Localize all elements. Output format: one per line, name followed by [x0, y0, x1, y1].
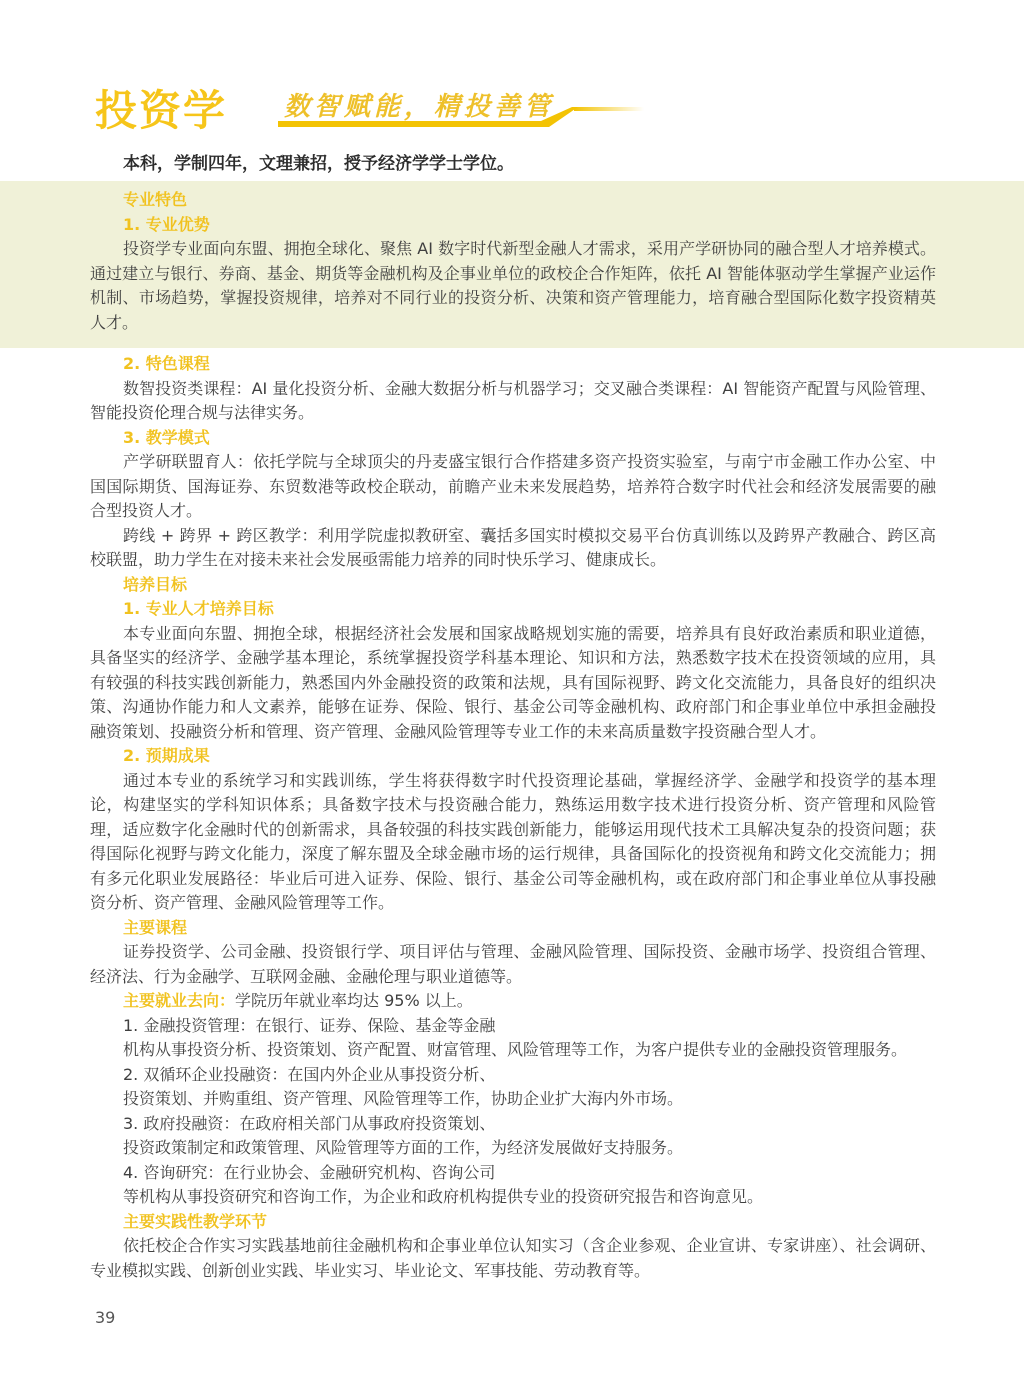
- paragraph-advantage: 投资学专业面向东盟、拥抱全球化、聚焦 AI 数字时代新型金融人才需求，采用产学研…: [90, 237, 936, 335]
- employment-line: 等机构从事投资研究和咨询工作，为企业和政府机构提供专业的投资研究报告和咨询意见。: [90, 1185, 936, 1210]
- page-number: 39: [95, 1308, 115, 1327]
- employment-heading: 主要就业去向：: [123, 991, 235, 1010]
- employment-line: 4. 咨询研究：在行业协会、金融研究机构、咨询公司: [90, 1161, 936, 1186]
- employment-rate: 学院历年就业率均达 95% 以上。: [235, 991, 473, 1010]
- highlighted-section: 专业特色 1. 专业优势 投资学专业面向东盟、拥抱全球化、聚焦 AI 数字时代新…: [0, 181, 1024, 348]
- employment-line: 1. 金融投资管理：在银行、证券、保险、基金等金融: [90, 1014, 936, 1039]
- main-content: 2. 特色课程 数智投资类课程：AI 量化投资分析、金融大数据分析与机器学习；交…: [0, 348, 1024, 1283]
- section-heading-features: 专业特色: [90, 188, 936, 213]
- section-heading-practice: 主要实践性教学环节: [90, 1210, 936, 1235]
- paragraph-expected-outcome: 通过本专业的系统学习和实践训练，学生将获得数字时代投资理论基础，掌握经济学、金融…: [90, 769, 936, 916]
- employment-heading-line: 主要就业去向：学院历年就业率均达 95% 以上。: [90, 989, 936, 1014]
- employment-line: 3. 政府投融资：在政府相关部门从事政府投资策划、: [90, 1112, 936, 1137]
- section-heading-goals: 培养目标: [90, 573, 936, 598]
- subheading-expected-outcome: 2. 预期成果: [90, 744, 936, 769]
- employment-line: 2. 双循环企业投融资：在国内外企业从事投资分析、: [90, 1063, 936, 1088]
- employment-line: 机构从事投资分析、投资策划、资产配置、财富管理、风险管理等工作，为客户提供专业的…: [90, 1038, 936, 1063]
- subheading-talent-goal: 1. 专业人才培养目标: [90, 597, 936, 622]
- brochure-page: 投资学 数智赋能，精投善管 本科，学制四年，文理兼招，授予经济学学士学位。 专业…: [0, 0, 1024, 1398]
- subheading-advantage: 1. 专业优势: [90, 213, 936, 238]
- section-heading-main-courses: 主要课程: [90, 916, 936, 941]
- subheading-teaching-mode: 3. 教学模式: [90, 426, 936, 451]
- employment-line: 投资策划、并购重组、资产管理、风险管理等工作，协助企业扩大海内外市场。: [90, 1087, 936, 1112]
- degree-intro-line: 本科，学制四年，文理兼招，授予经济学学士学位。: [123, 149, 514, 174]
- paragraph-talent-goal: 本专业面向东盟、拥抱全球，根据经济社会发展和国家战略规划实施的需要，培养具有良好…: [90, 622, 936, 745]
- paragraph-teaching-mode-2: 跨线 + 跨界 + 跨区教学：利用学院虚拟教研室、囊括多国实时模拟交易平台仿真训…: [90, 524, 936, 573]
- paragraph-featured-courses: 数智投资类课程：AI 量化投资分析、金融大数据分析与机器学习；交叉融合类课程：A…: [90, 377, 936, 426]
- subheading-featured-courses: 2. 特色课程: [90, 352, 936, 377]
- paragraph-main-courses: 证券投资学、公司金融、投资银行学、项目评估与管理、金融风险管理、国际投资、金融市…: [90, 940, 936, 989]
- swoosh-underline: [278, 106, 644, 132]
- paragraph-teaching-mode-1: 产学研联盟育人：依托学院与全球顶尖的丹麦盛宝银行合作搭建多资产投资实验室，与南宁…: [90, 450, 936, 524]
- paragraph-practice: 依托校企合作实习实践基地前往金融机构和企事业单位认知实习（含企业参观、企业宣讲、…: [90, 1234, 936, 1283]
- major-title: 投资学: [95, 88, 227, 134]
- employment-line: 投资政策制定和政策管理、风险管理等方面的工作，为经济发展做好支持服务。: [90, 1136, 936, 1161]
- page-header: 投资学 数智赋能，精投善管 本科，学制四年，文理兼招，授予经济学学士学位。: [0, 0, 1024, 181]
